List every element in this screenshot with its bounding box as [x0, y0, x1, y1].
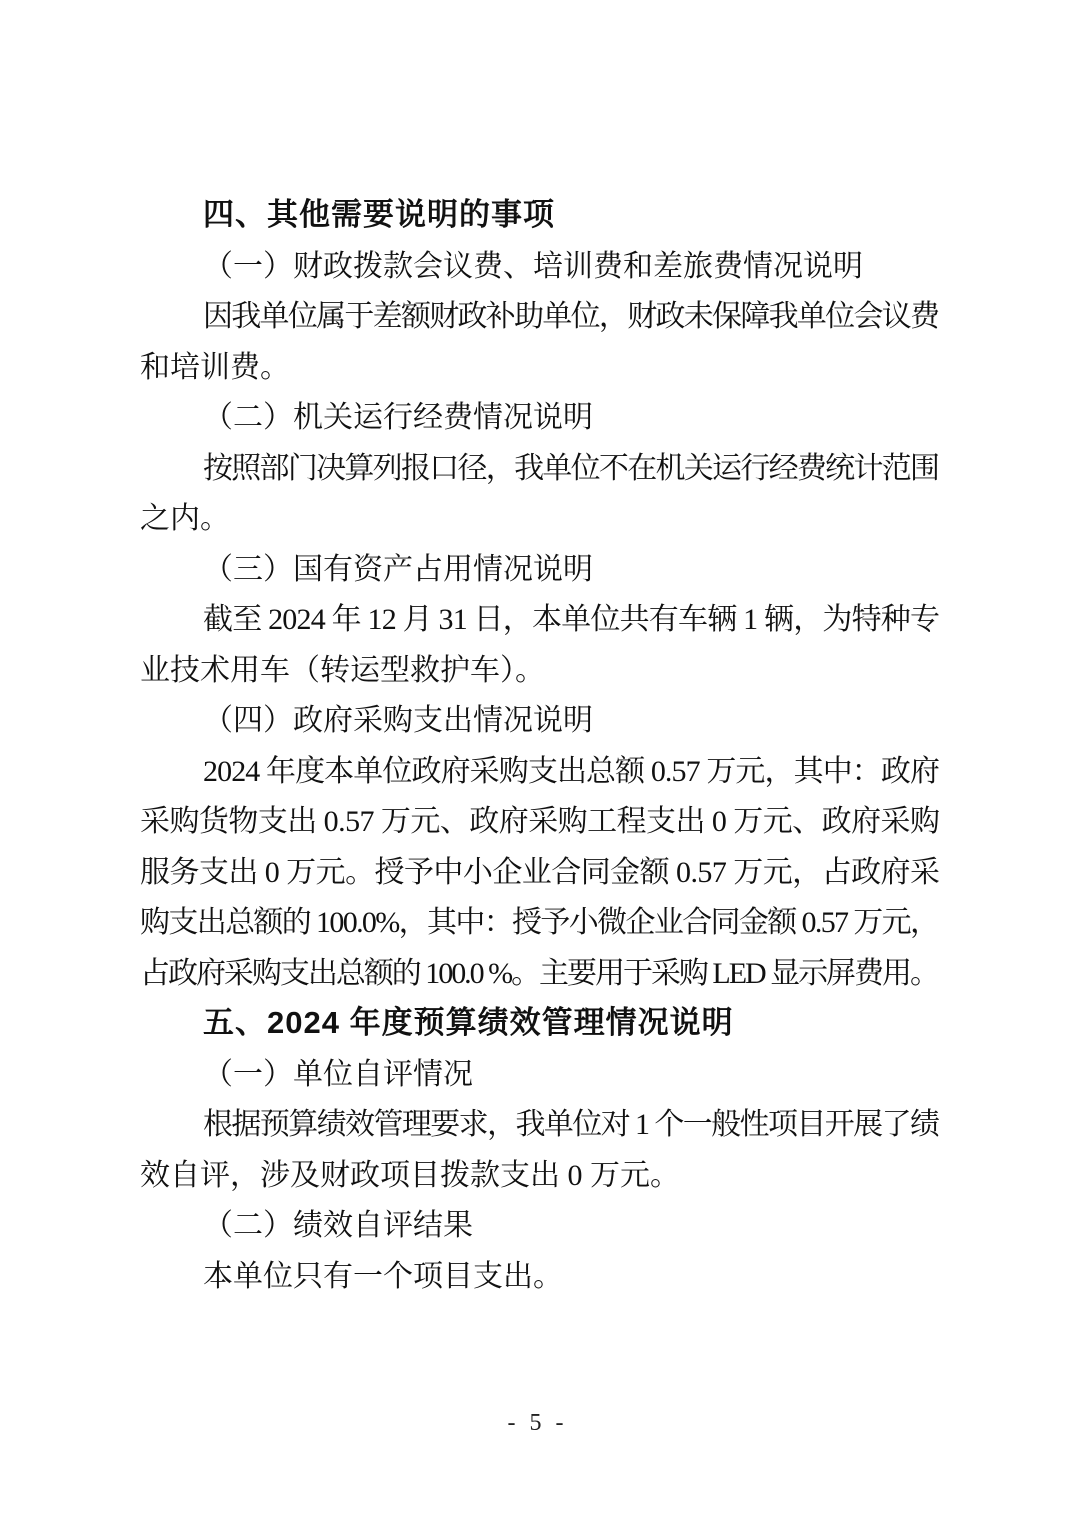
subsection-text: （一）财政拨款会议费、培训费和差旅费情况说明	[203, 241, 863, 285]
paragraph-text: 购支出总额的 100.0%，其中：授予小微企业合同金额 0.57 万元，	[140, 897, 938, 941]
document-body: 四、其他需要说明的事项 （一）财政拨款会议费、培训费和差旅费情况说明 因我单位属…	[140, 185, 940, 1296]
paragraph-text: 采购货物支出 0.57 万元、政府采购工程支出 0 万元、政府采购	[140, 796, 939, 840]
paragraph-text: 和培训费。	[140, 342, 290, 386]
paragraph-text: 服务支出 0 万元。授予中小企业合同金额 0.57 万元，占政府采	[140, 847, 939, 891]
paragraph-text: 截至 2024 年 12 月 31 日，本单位共有车辆 1 辆，为特种专	[203, 594, 939, 638]
paragraph-text: 占政府采购支出总额的 100.0 %。主要用于采购 LED 显示屏费用。	[140, 948, 938, 992]
paragraph-line: 按照部门决算列报口径，我单位不在机关运行经费统计范围	[140, 438, 940, 489]
page-number: - 5 -	[508, 1410, 568, 1436]
page-footer: - 5 -	[0, 1398, 1075, 1448]
paragraph-line: 业技术用车（转运型救护车）。	[140, 640, 940, 691]
paragraph-text: 业技术用车（转运型救护车）。	[140, 645, 545, 689]
paragraph-text: 按照部门决算列报口径，我单位不在机关运行经费统计范围	[203, 443, 938, 487]
paragraph-line: 和培训费。	[140, 337, 940, 388]
subsection-text: （三）国有资产占用情况说明	[203, 544, 593, 588]
paragraph-text: 2024 年度本单位政府采购支出总额 0.57 万元，其中：政府	[203, 746, 939, 790]
paragraph-line: 本单位只有一个项目支出。	[140, 1246, 940, 1297]
subsection-text: （四）政府采购支出情况说明	[203, 695, 593, 739]
heading-text: 五、2024 年度预算绩效管理情况说明	[203, 997, 734, 1042]
paragraph-line: 占政府采购支出总额的 100.0 %。主要用于采购 LED 显示屏费用。	[140, 943, 940, 994]
subsection-title-self-evaluation: （一）单位自评情况	[140, 1044, 940, 1095]
paragraph-line: 服务支出 0 万元。授予中小企业合同金额 0.57 万元，占政府采	[140, 842, 940, 893]
paragraph-line: 因我单位属于差额财政补助单位，财政未保障我单位会议费	[140, 286, 940, 337]
section-heading-other-matters: 四、其他需要说明的事项	[140, 185, 940, 236]
subsection-title-fees: （一）财政拨款会议费、培训费和差旅费情况说明	[140, 236, 940, 287]
paragraph-line: 2024 年度本单位政府采购支出总额 0.57 万元，其中：政府	[140, 741, 940, 792]
paragraph-line: 之内。	[140, 488, 940, 539]
section-heading-performance: 五、2024 年度预算绩效管理情况说明	[140, 993, 940, 1044]
paragraph-text: 因我单位属于差额财政补助单位，财政未保障我单位会议费	[203, 291, 938, 335]
subsection-title-self-evaluation-result: （二）绩效自评结果	[140, 1195, 940, 1246]
paragraph-text: 之内。	[140, 493, 230, 537]
subsection-title-operating-cost: （二）机关运行经费情况说明	[140, 387, 940, 438]
document-page: 四、其他需要说明的事项 （一）财政拨款会议费、培训费和差旅费情况说明 因我单位属…	[0, 0, 1075, 1520]
subsection-text: （二）机关运行经费情况说明	[203, 392, 593, 436]
paragraph-line: 截至 2024 年 12 月 31 日，本单位共有车辆 1 辆，为特种专	[140, 589, 940, 640]
paragraph-line: 采购货物支出 0.57 万元、政府采购工程支出 0 万元、政府采购	[140, 791, 940, 842]
subsection-title-state-assets: （三）国有资产占用情况说明	[140, 539, 940, 590]
subsection-text: （二）绩效自评结果	[203, 1200, 473, 1244]
paragraph-text: 效自评，涉及财政项目拨款支出 0 万元。	[140, 1150, 680, 1194]
subsection-title-procurement: （四）政府采购支出情况说明	[140, 690, 940, 741]
subsection-text: （一）单位自评情况	[203, 1049, 473, 1093]
paragraph-text: 根据预算绩效管理要求，我单位对 1 个一般性项目开展了绩	[203, 1099, 938, 1143]
paragraph-line: 购支出总额的 100.0%，其中：授予小微企业合同金额 0.57 万元，	[140, 892, 940, 943]
paragraph-text: 本单位只有一个项目支出。	[203, 1251, 563, 1295]
paragraph-line: 根据预算绩效管理要求，我单位对 1 个一般性项目开展了绩	[140, 1094, 940, 1145]
heading-text: 四、其他需要说明的事项	[203, 189, 555, 234]
paragraph-line: 效自评，涉及财政项目拨款支出 0 万元。	[140, 1145, 940, 1196]
